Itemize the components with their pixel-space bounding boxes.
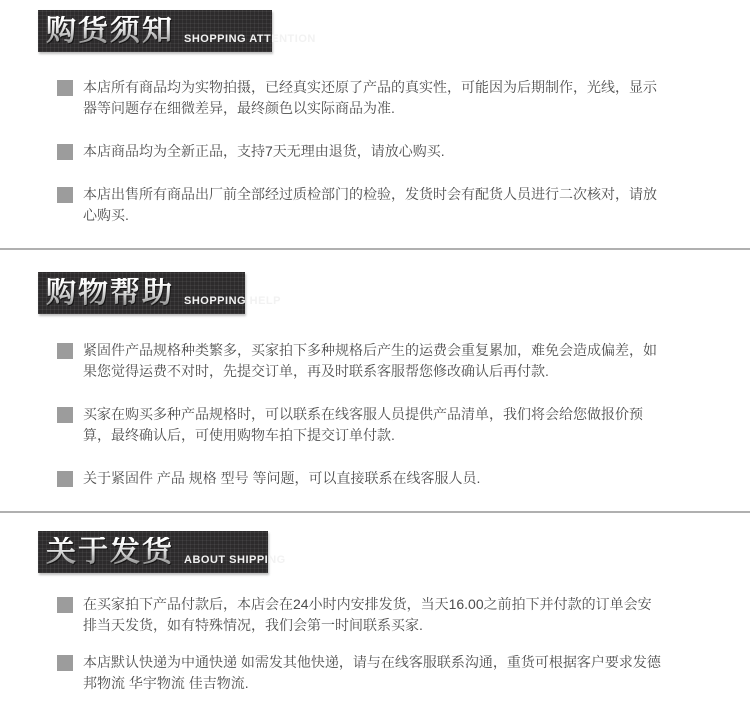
list-item-text: 本店出售所有商品出厂前全部经过质检部门的检验，发货时会有配货人员进行二次核对，请… — [83, 184, 663, 226]
notice-list: 紧固件产品规格种类繁多，买家拍下多种规格后产生的运费会重复累加，难免会造成偏差，… — [38, 340, 712, 489]
section-shopping-help: 购物帮助 SHOPPING HELP 紧固件产品规格种类繁多，买家拍下多种规格后… — [0, 272, 750, 489]
list-item-text: 本店商品均为全新正品，支持7天无理由退货，请放心购买. — [83, 141, 663, 162]
list-item: 关于紧固件 产品 规格 型号 等问题，可以直接联系在线客服人员. — [38, 468, 712, 489]
square-bullet-icon — [57, 471, 73, 487]
list-item: 本店默认快递为中通快递 如需发其他快递，请与在线客服联系沟通，重货可根据客户要求… — [38, 652, 712, 694]
square-bullet-icon — [57, 187, 73, 203]
list-item: 本店所有商品均为实物拍摄，已经真实还原了产品的真实性，可能因为后期制作，光线，显… — [38, 77, 712, 119]
section-subtitle: ABOUT SHIPPING — [184, 554, 286, 573]
list-item-text: 买家在购买多种产品规格时，可以联系在线客服人员提供产品清单，我们将会给您做报价预… — [83, 404, 663, 446]
section-header-banner: 购货须知 SHOPPING ATTENTION — [38, 10, 272, 52]
section-header: 关于发货 ABOUT SHIPPING — [38, 531, 712, 573]
list-item-text: 关于紧固件 产品 规格 型号 等问题，可以直接联系在线客服人员. — [83, 468, 663, 489]
square-bullet-icon — [57, 80, 73, 96]
square-bullet-icon — [57, 655, 73, 671]
section-title: 购物帮助 — [46, 278, 174, 308]
section-title: 关于发货 — [46, 537, 174, 567]
list-item-text: 紧固件产品规格种类繁多，买家拍下多种规格后产生的运费会重复累加，难免会造成偏差，… — [83, 340, 663, 382]
square-bullet-icon — [57, 343, 73, 359]
square-bullet-icon — [57, 597, 73, 613]
list-item: 紧固件产品规格种类繁多，买家拍下多种规格后产生的运费会重复累加，难免会造成偏差，… — [38, 340, 712, 382]
section-divider — [0, 511, 750, 513]
shop-notice-page: 购货须知 SHOPPING ATTENTION 本店所有商品均为实物拍摄，已经真… — [0, 0, 750, 703]
square-bullet-icon — [57, 407, 73, 423]
section-about-shipping: 关于发货 ABOUT SHIPPING 在买家拍下产品付款后，本店会在24小时内… — [0, 531, 750, 694]
notice-list: 在买家拍下产品付款后，本店会在24小时内安排发货，当天16.00之前拍下并付款的… — [38, 594, 712, 694]
section-header: 购物帮助 SHOPPING HELP — [38, 272, 712, 314]
section-subtitle: SHOPPING HELP — [184, 295, 281, 314]
list-item: 本店商品均为全新正品，支持7天无理由退货，请放心购买. — [38, 141, 712, 162]
section-divider — [0, 248, 750, 250]
section-shopping-attention: 购货须知 SHOPPING ATTENTION 本店所有商品均为实物拍摄，已经真… — [0, 0, 750, 226]
list-item-text: 本店所有商品均为实物拍摄，已经真实还原了产品的真实性，可能因为后期制作，光线，显… — [83, 77, 663, 119]
list-item-text: 在买家拍下产品付款后，本店会在24小时内安排发货，当天16.00之前拍下并付款的… — [83, 594, 663, 636]
list-item: 买家在购买多种产品规格时，可以联系在线客服人员提供产品清单，我们将会给您做报价预… — [38, 404, 712, 446]
section-header-banner: 购物帮助 SHOPPING HELP — [38, 272, 245, 314]
square-bullet-icon — [57, 144, 73, 160]
notice-list: 本店所有商品均为实物拍摄，已经真实还原了产品的真实性，可能因为后期制作，光线，显… — [38, 77, 712, 226]
section-header: 购货须知 SHOPPING ATTENTION — [38, 10, 712, 52]
list-item: 在买家拍下产品付款后，本店会在24小时内安排发货，当天16.00之前拍下并付款的… — [38, 594, 712, 636]
section-header-banner: 关于发货 ABOUT SHIPPING — [38, 531, 268, 573]
section-subtitle: SHOPPING ATTENTION — [184, 33, 316, 52]
list-item: 本店出售所有商品出厂前全部经过质检部门的检验，发货时会有配货人员进行二次核对，请… — [38, 184, 712, 226]
list-item-text: 本店默认快递为中通快递 如需发其他快递，请与在线客服联系沟通，重货可根据客户要求… — [83, 652, 663, 694]
section-title: 购货须知 — [46, 16, 174, 46]
